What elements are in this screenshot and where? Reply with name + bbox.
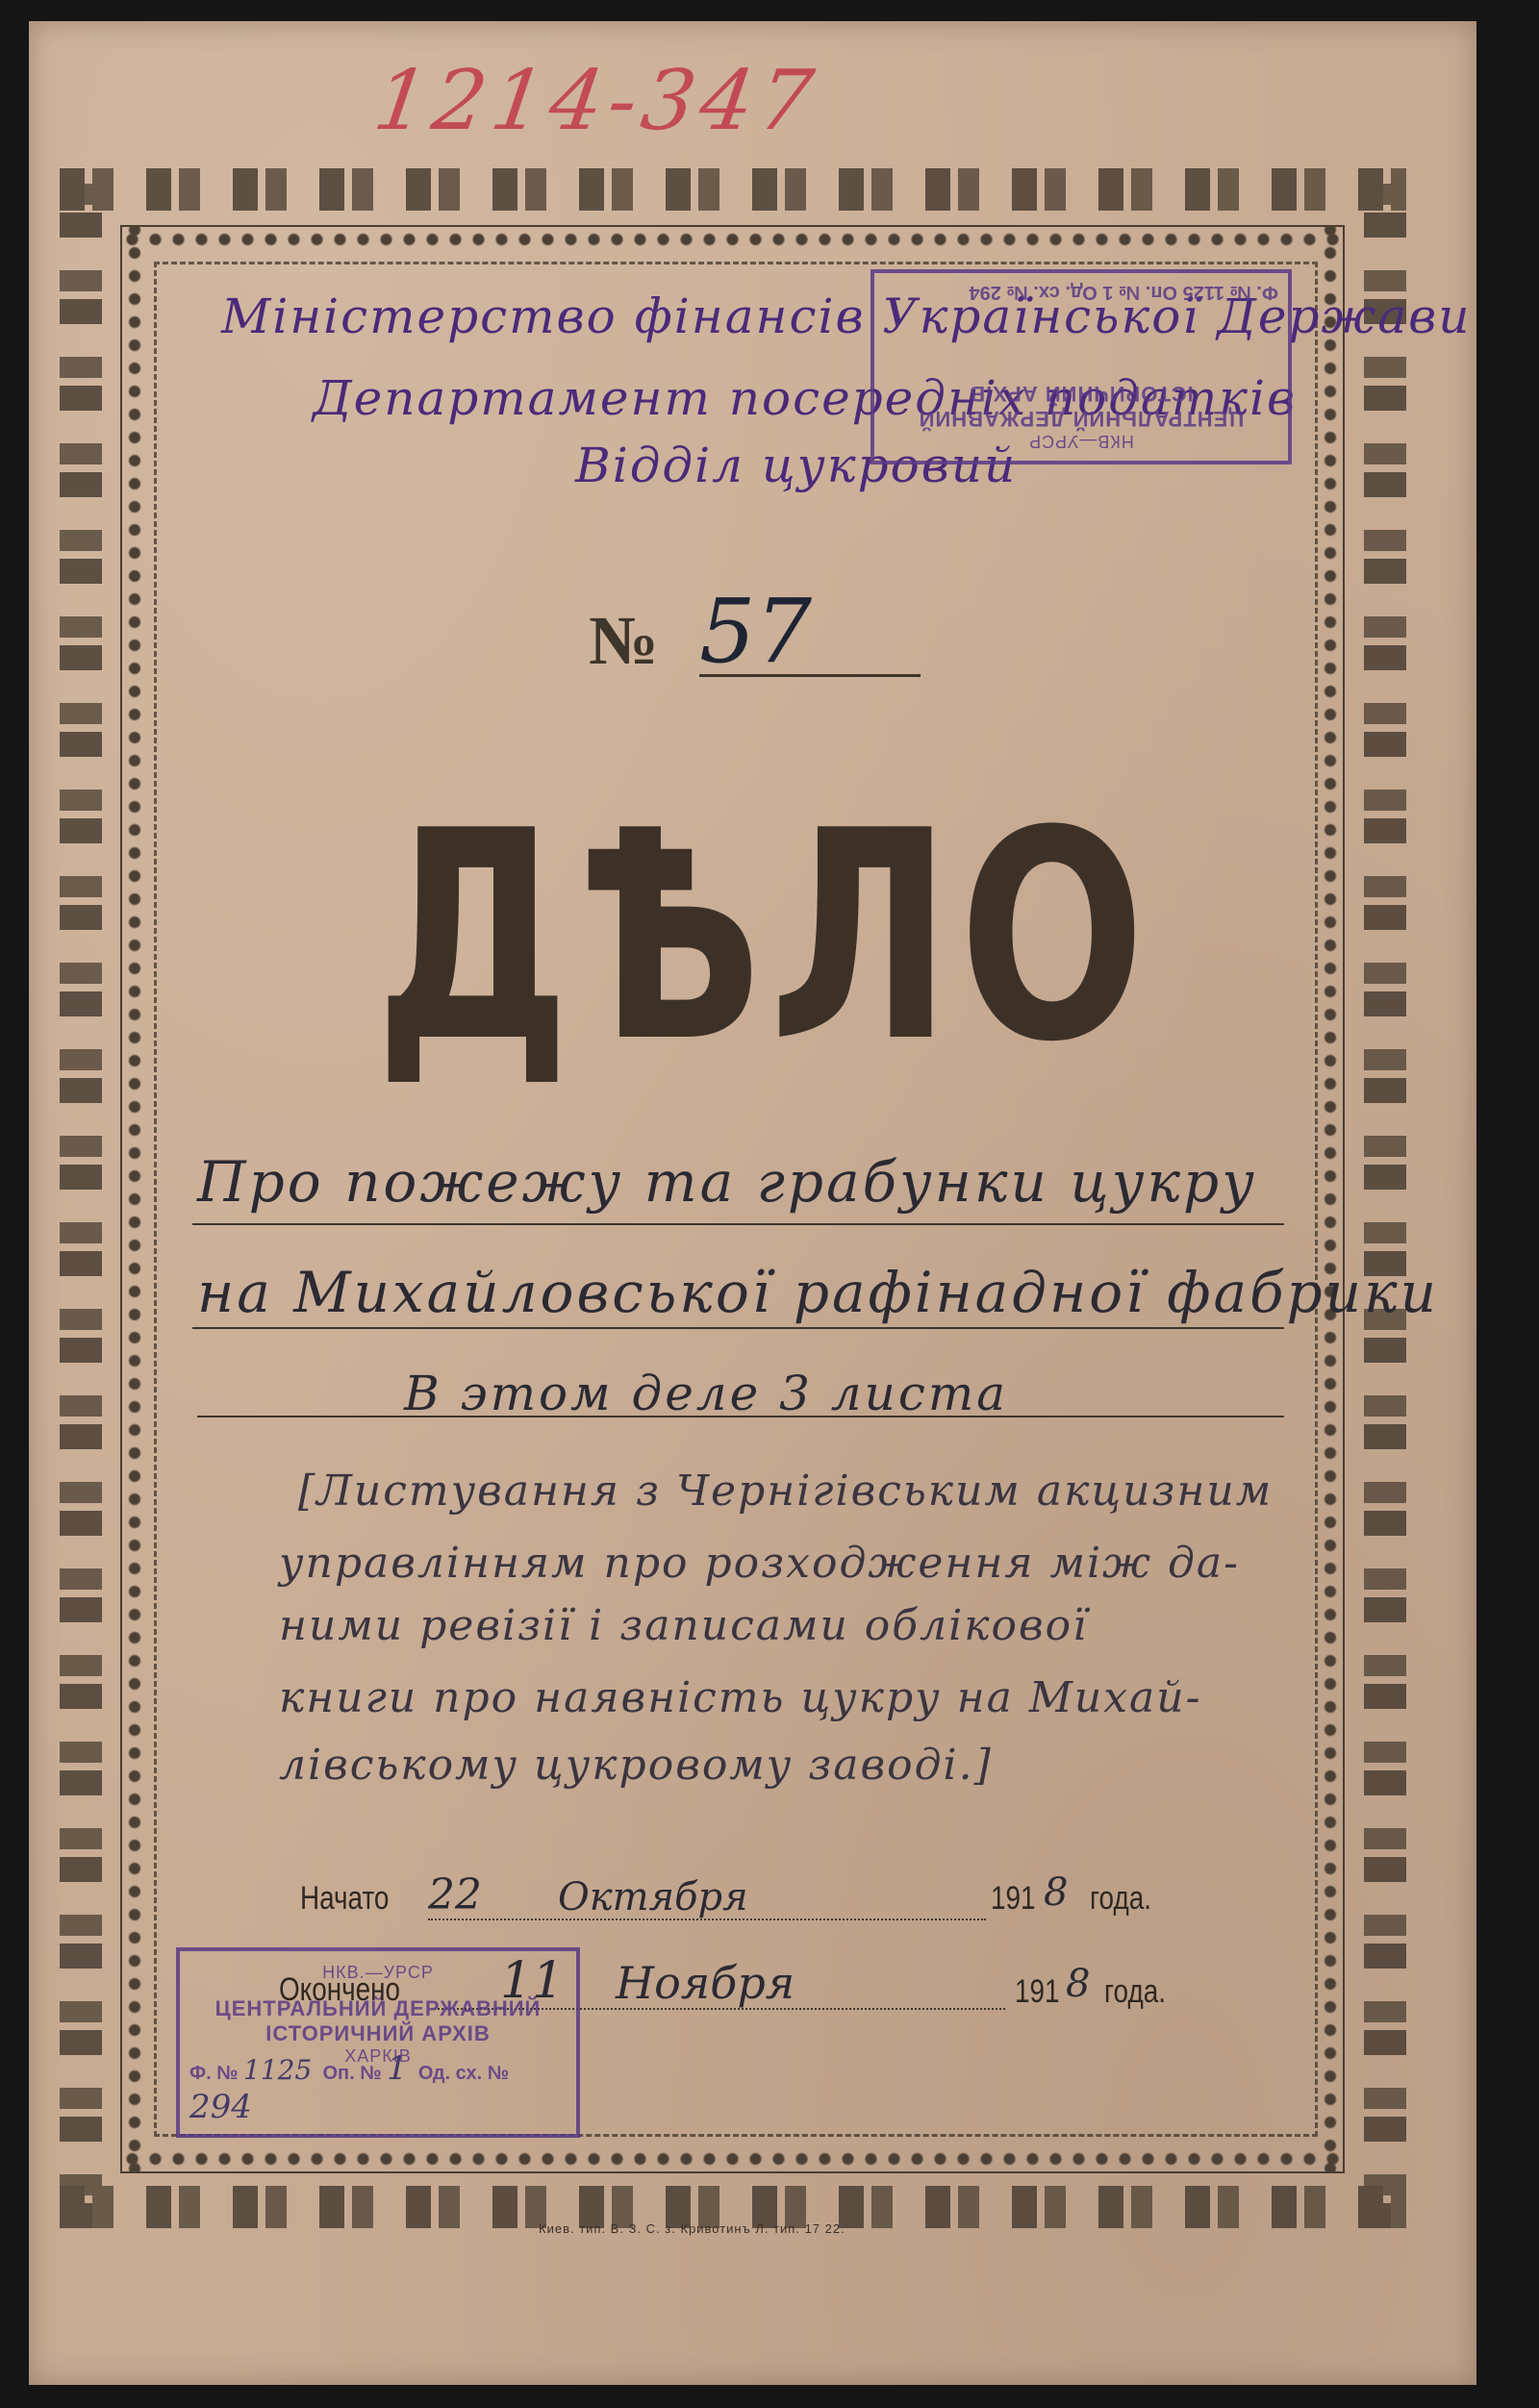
stamp-top-fields: Ф. № 1125 Оп. № 1 Од. сх. № 294 bbox=[884, 281, 1278, 303]
description-line-5: лівському цукровому заводі.] bbox=[279, 1741, 993, 1790]
started-label: Начато bbox=[300, 1880, 389, 1918]
opys-label: Оп. № bbox=[322, 2063, 381, 2084]
finished-year-prefix: 191 bbox=[1015, 1973, 1060, 2011]
description-line-4: книги про наявність цукру на Михай- bbox=[279, 1673, 1201, 1722]
item-label: Од. сх. № bbox=[418, 2063, 509, 2084]
file-number: № 57 bbox=[589, 601, 658, 681]
started-year-suffix: 8 bbox=[1044, 1870, 1068, 1915]
finished-day: 11 bbox=[500, 1952, 564, 2010]
description-line-2: управлінням про розходження між да- bbox=[279, 1539, 1240, 1588]
stamp-bottom-fields: Ф. № 1125 Оп. № 1 Од. сх. № 294 bbox=[189, 2049, 567, 2126]
finished-year-suffix: 8 bbox=[1066, 1962, 1090, 2006]
page-title: ДѢЛО bbox=[375, 808, 960, 1067]
fund-label: Ф. № bbox=[189, 2063, 238, 2084]
subject-line-2: на Михайловської рафінадної фабрики bbox=[197, 1260, 1439, 1325]
number-sign: № bbox=[589, 602, 658, 679]
finished-label: Окончено bbox=[279, 1971, 400, 2009]
item-number: 294 bbox=[189, 2088, 252, 2126]
subject-rule-2 bbox=[192, 1327, 1284, 1329]
started-year-word: года. bbox=[1090, 1880, 1151, 1918]
title-block: ДѢЛО bbox=[375, 808, 1145, 1067]
number-value: 57 bbox=[699, 580, 812, 683]
stamp-top-line1: НКВ—УРСР bbox=[874, 431, 1288, 451]
stamp-top-line3: ІСТОРИЧНИЙ АРХІВ bbox=[874, 381, 1288, 406]
red-catalog-number: 1214-347 bbox=[368, 53, 824, 149]
stamp-top-line2: ЦЕНТРАЛЬНИЙ ДЕРЖАВНИЙ bbox=[874, 406, 1288, 431]
opys-number: 1 bbox=[387, 2049, 408, 2088]
subject-rule-1 bbox=[192, 1223, 1284, 1225]
subject-line-1: Про пожежу та грабунки цукру bbox=[197, 1149, 1257, 1215]
finished-month: Ноября bbox=[616, 1957, 795, 2009]
started-month: Октября bbox=[558, 1875, 748, 1919]
stamp-bottom-line3: ІСТОРИЧНИЙ АРХІВ bbox=[180, 2021, 576, 2046]
description-line-1: [Листування з Чернігівським акцизним bbox=[298, 1467, 1273, 1516]
number-underline bbox=[699, 674, 921, 677]
started-year-prefix: 191 bbox=[991, 1880, 1036, 1918]
fund-number: 1125 bbox=[243, 2054, 312, 2086]
sheets-rule bbox=[197, 1416, 1284, 1417]
started-dotted-line bbox=[428, 1919, 986, 1920]
finished-year-word: года. bbox=[1104, 1973, 1166, 2011]
sheets-note: В этом деле 3 листа bbox=[404, 1366, 1008, 1421]
printer-imprint: Киев. тип. В. З. С. з. Кривотинъ Л. тип.… bbox=[539, 2221, 845, 2236]
description-line-3: ними ревізії і записами облікової bbox=[279, 1601, 1088, 1650]
archive-stamp-top: НКВ—УРСР ЦЕНТРАЛЬНИЙ ДЕРЖАВНИЙ ІСТОРИЧНИ… bbox=[870, 269, 1292, 464]
started-day: 22 bbox=[428, 1870, 482, 1919]
